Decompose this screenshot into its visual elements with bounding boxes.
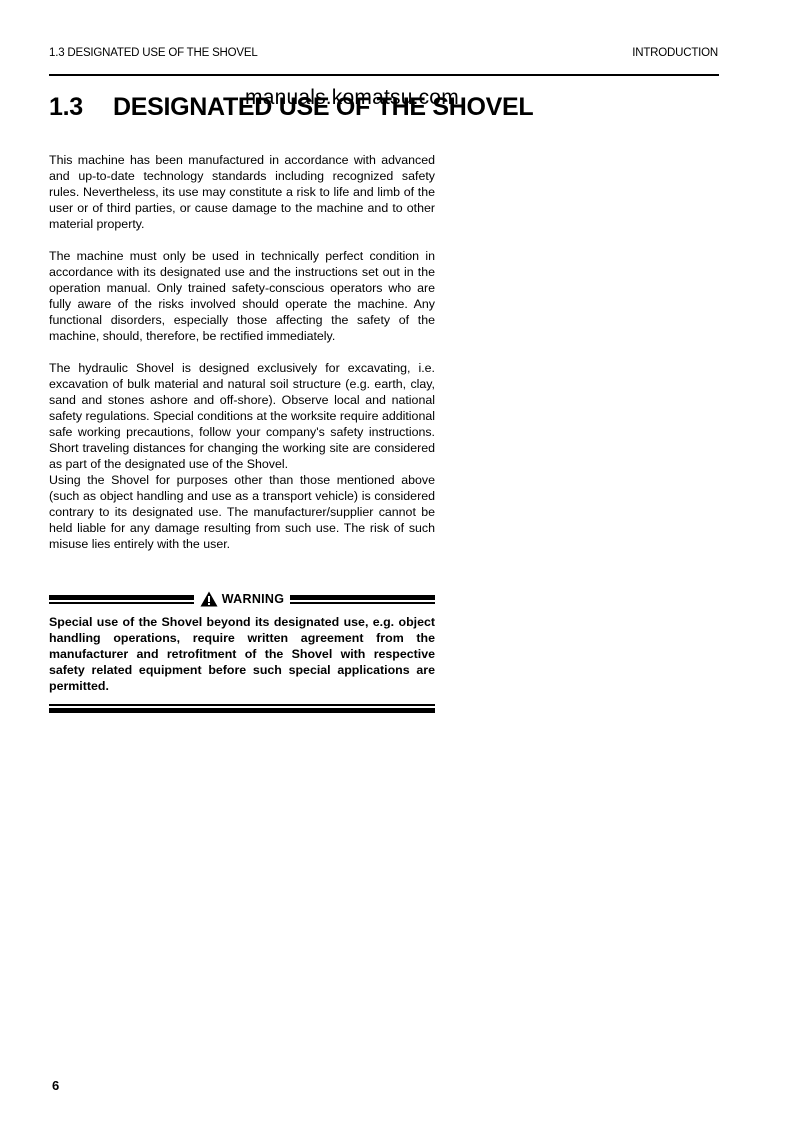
paragraph-condition: The machine must only be used in technic… [49,248,435,344]
section-number: 1.3 [49,93,113,122]
paragraph-designated-use: The hydraulic Shovel is designed exclusi… [49,360,435,472]
warning-label: WARNING [222,592,285,606]
page-number: 6 [52,1078,59,1093]
warning-rule-left [49,595,194,604]
warning-triangle-icon [200,591,218,607]
watermark: manuals.komatsu.com [245,86,459,110]
warning-text: Special use of the Shovel beyond its des… [49,614,435,694]
warning-header: WARNING [49,590,435,608]
running-header-chapter: INTRODUCTION [632,47,718,59]
header-rule [49,74,719,76]
paragraph-misuse: Using the Shovel for purposes other than… [49,472,435,552]
running-header-section: 1.3 DESIGNATED USE OF THE SHOVEL [49,47,258,59]
warning-footer-rule [49,704,435,713]
paragraph-intro: This machine has been manufactured in ac… [49,152,435,232]
body-column: This machine has been manufactured in ac… [49,152,435,568]
warning-box: WARNING Special use of the Shovel beyond… [49,590,435,713]
warning-rule-right [290,595,435,604]
